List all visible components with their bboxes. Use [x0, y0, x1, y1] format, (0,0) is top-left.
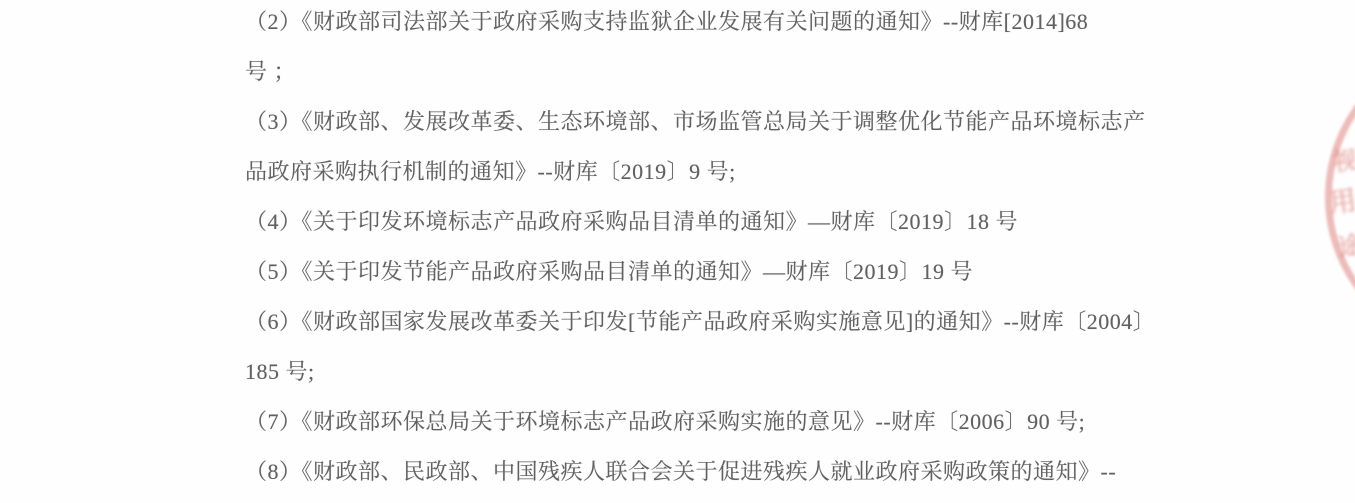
document-text-block: （2）《财政部司法部关于政府采购支持监狱企业发展有关问题的通知》--财库[201… — [245, 0, 1205, 497]
document-line-1: （2）《财政部司法部关于政府采购支持监狱企业发展有关问题的通知》--财库[201… — [245, 0, 1205, 47]
document-line-4: 品政府采购执行机制的通知》--财库〔2019〕9 号; — [245, 147, 1205, 197]
seal-character-icon: 视 — [1331, 140, 1355, 178]
document-line-5: （4）《关于印发环境标志产品政府采购品目清单的通知》—财库〔2019〕18 号 — [245, 197, 1205, 247]
document-line-6: （5）《关于印发节能产品政府采购品目清单的通知》—财库〔2019〕19 号 — [245, 247, 1205, 297]
document-line-7: （6）《财政部国家发展改革委关于印发[节能产品政府采购实施意见]的通知》--财库… — [245, 297, 1205, 347]
document-line-9: （7）《财政部环保总局关于环境标志产品政府采购实施的意见》--财库〔2006〕9… — [245, 397, 1205, 447]
document-line-2: 号 ； — [245, 47, 1205, 97]
document-line-10: （8）《财政部、民政部、中国残疾人联合会关于促进残疾人就业政府采购政策的通知》-… — [245, 447, 1205, 497]
document-page: （2）《财政部司法部关于政府采购支持监狱企业发展有关问题的通知》--财库[201… — [0, 0, 1355, 503]
document-line-8: 185 号; — [245, 347, 1205, 397]
seal-character-icon: 用 — [1326, 178, 1355, 220]
document-line-3: （3）《财政部、发展改革委、生态环境部、市场监管总局关于调整优化节能产品环境标志… — [245, 97, 1205, 147]
